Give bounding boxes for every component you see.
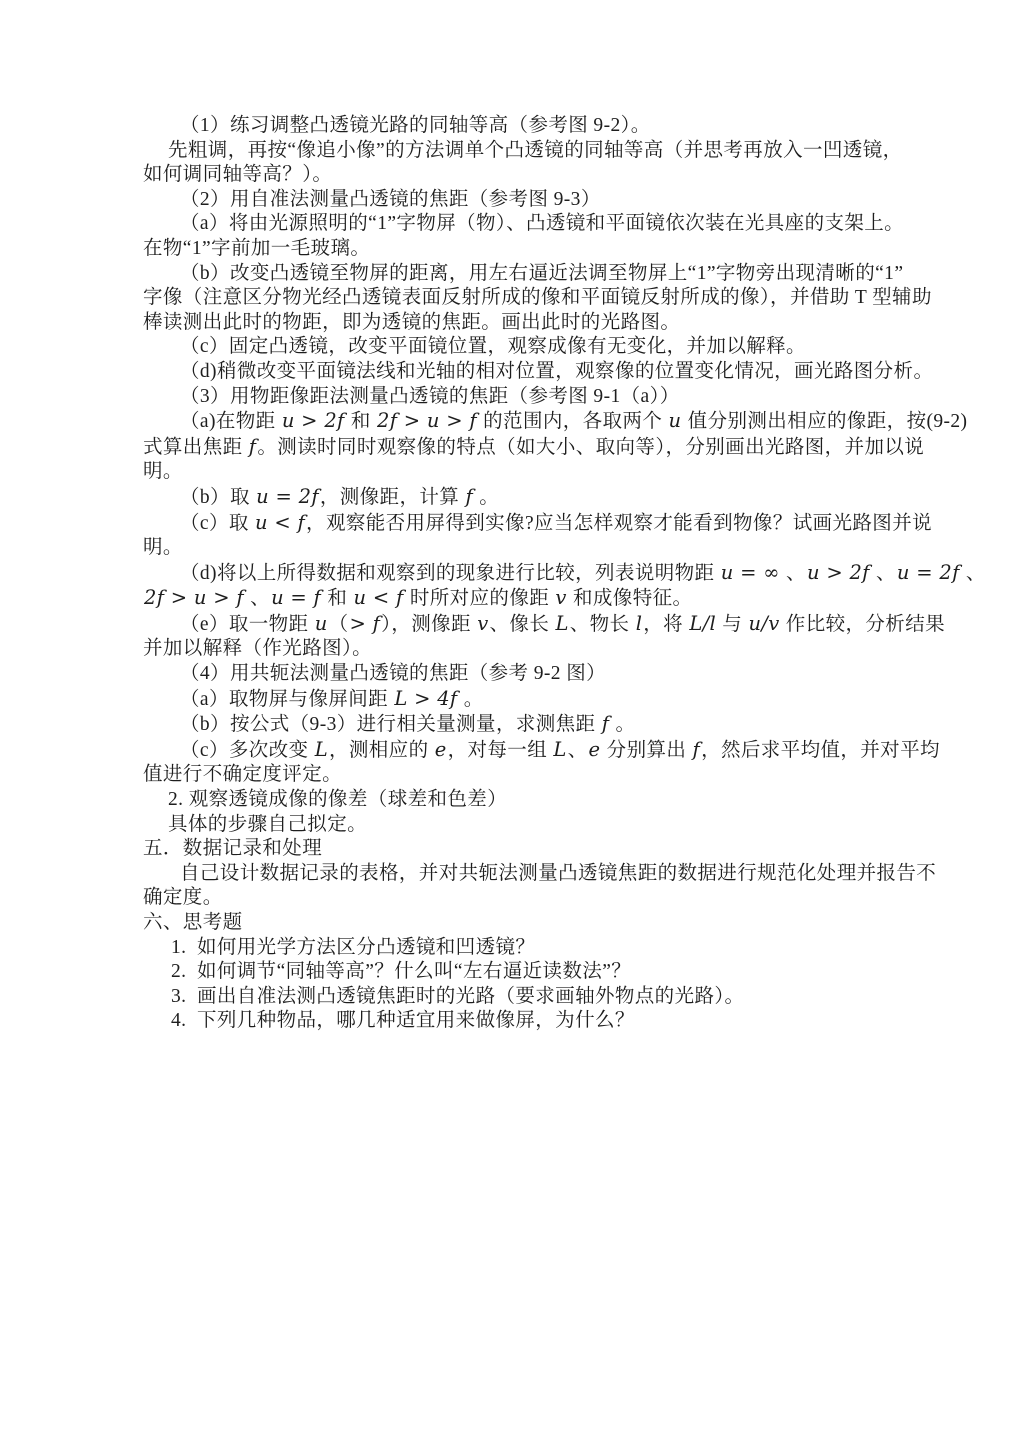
math-expression: u > 2f xyxy=(281,409,346,432)
text-line: 值进行不确定度评定。 xyxy=(143,763,888,788)
text-run: 明。 xyxy=(143,461,183,482)
text-run: （c）取 xyxy=(180,513,254,534)
text-run: （4）用共轭法测量凸透镜的焦距（参考 9-2 图） xyxy=(180,663,606,684)
math-expression: u = 2f xyxy=(896,561,961,584)
text-line: 确定度。 xyxy=(143,886,888,911)
math-expression: L xyxy=(555,612,570,635)
text-run: 2. 观察透镜成像的像差（球差和色差） xyxy=(168,789,507,810)
math-expression: f xyxy=(692,738,702,761)
text-run: （2）用自准法测量凸透镜的焦距（参考图 9-3） xyxy=(180,189,601,210)
math-expression: v xyxy=(476,612,489,635)
math-expression: u = f xyxy=(270,586,322,609)
text-run: 4. 下列几种物品，哪几种适宜用来做像屏，为什么？ xyxy=(171,1010,635,1031)
text-line: 明。 xyxy=(143,536,888,561)
math-expression: L/l xyxy=(688,612,717,635)
text-run: 作比较，分析结果 xyxy=(781,614,945,635)
text-run: 棒读测出此时的物距，即为透镜的焦距。画出此时的光路图。 xyxy=(143,312,680,333)
text-run: 在物“1”字前加一毛玻璃。 xyxy=(143,238,370,259)
text-line: （a）将由光源照明的“1”字物屏（物）、凸透镜和平面镜依次装在光具座的支架上。 xyxy=(143,212,888,237)
math-expression: u > 2f xyxy=(806,561,871,584)
text-line: （1）练习调整凸透镜光路的同轴等高（参考图 9-2）。 xyxy=(143,114,888,139)
text-run: 六、思考题 xyxy=(143,912,243,933)
text-run: （b）按公式（9-3）进行相关量测量，求测焦距 xyxy=(180,714,601,735)
text-line: 并加以解释（作光路图）。 xyxy=(143,637,888,662)
math-expression: u xyxy=(314,612,329,635)
math-expression: L xyxy=(552,738,567,761)
math-expression: 2f > u > f xyxy=(376,409,478,432)
math-expression: > f xyxy=(349,612,382,635)
text-line: 如何调同轴等高？）。 xyxy=(143,163,888,188)
math-expression: u < f xyxy=(353,586,405,609)
text-run: 2. 如何调节“同轴等高”？什么叫“左右逼近读数法”？ xyxy=(171,961,631,982)
math-expression: f xyxy=(248,435,258,458)
text-run: ，然后求平均值，并对平均 xyxy=(701,740,940,761)
text-run: 。 xyxy=(610,714,635,735)
text-run: 具体的步骤自己拟定。 xyxy=(168,814,367,835)
text-run: （d)将以上所得数据和观察到的现象进行比较，列表说明物距 xyxy=(180,563,720,584)
math-expression: L > 4f xyxy=(393,687,458,710)
text-line: 先粗调，再按“像追小像”的方法调单个凸透镜的同轴等高（并思考再放入一凹透镜， xyxy=(143,139,888,164)
text-line: （d)将以上所得数据和观察到的现象进行比较，列表说明物距 u = ∞ 、u > … xyxy=(143,561,888,587)
text-line: （c）固定凸透镜，改变平面镜位置，观察成像有无变化，并加以解释。 xyxy=(143,335,888,360)
document-page: （1）练习调整凸透镜光路的同轴等高（参考图 9-2）。先粗调，再按“像追小像”的… xyxy=(0,0,1023,1449)
text-run: 和 xyxy=(346,411,376,432)
text-run: （a）将由光源照明的“1”字物屏（物）、凸透镜和平面镜依次装在光具座的支架上。 xyxy=(180,213,904,234)
text-line: （b）按公式（9-3）进行相关量测量，求测焦距 f 。 xyxy=(143,712,888,738)
text-run: 1. 如何用光学方法区分凸透镜和凹透镜？ xyxy=(171,937,535,958)
math-expression: e xyxy=(434,738,448,761)
math-expression: u = 2f xyxy=(255,485,320,508)
text-run: 明。 xyxy=(143,537,183,558)
math-expression: f xyxy=(601,712,611,735)
text-run: 先粗调，再按“像追小像”的方法调单个凸透镜的同轴等高（并思考再放入一凹透镜， xyxy=(168,140,903,161)
text-run: 时所对应的像距 xyxy=(405,588,555,609)
text-run: （ xyxy=(329,614,349,635)
text-line: （d)稍微改变平面镜法线和光轴的相对位置，观察像的位置变化情况，画光路图分析。 xyxy=(143,360,888,385)
math-expression: L xyxy=(314,738,329,761)
text-run: 值进行不确定度评定。 xyxy=(143,764,342,785)
text-run: 式算出焦距 xyxy=(143,437,248,458)
text-run: ，观察能否用屏得到实像?应当怎样观察才能看到物像？试画光路图并说 xyxy=(306,513,932,534)
text-line: 1. 如何用光学方法区分凸透镜和凹透镜？ xyxy=(143,936,888,961)
text-run: （c）固定凸透镜，改变平面镜位置，观察成像有无变化，并加以解释。 xyxy=(180,336,806,357)
text-run: 。 xyxy=(474,487,499,508)
text-run: 和 xyxy=(322,588,352,609)
text-run: 3. 画出自准法测凸透镜焦距时的光路（要求画轴外物点的光路）。 xyxy=(171,986,744,1007)
math-expression: v xyxy=(554,586,567,609)
text-run: 如何调同轴等高？）。 xyxy=(143,164,332,185)
text-line: 2f > u > f 、u = f 和 u < f 时所对应的像距 v 和成像特… xyxy=(143,586,888,612)
text-run: （3）用物距像距法测量凸透镜的焦距（参考图 9-1（a）） xyxy=(180,386,680,407)
text-run: 、 xyxy=(871,563,896,584)
text-run: 自己设计数据记录的表格，并对共轭法测量凸透镜焦距的数据进行规范化处理并报告不 xyxy=(180,863,936,884)
math-expression: u/v xyxy=(747,612,780,635)
text-run: （a）取物屏与像屏间距 xyxy=(180,689,393,710)
text-run: 五．数据记录和处理 xyxy=(143,838,322,859)
math-expression: u = ∞ xyxy=(720,561,781,584)
text-line: 4. 下列几种物品，哪几种适宜用来做像屏，为什么？ xyxy=(143,1009,888,1034)
text-run: 值分别测出相应的像距，按(9-2) xyxy=(682,411,967,432)
text-line: （c）多次改变 L，测相应的 e，对每一组 L、e 分别算出 f，然后求平均值，… xyxy=(143,738,888,764)
text-line: （4）用共轭法测量凸透镜的焦距（参考 9-2 图） xyxy=(143,662,888,687)
text-line: （e）取一物距 u（> f），测像距 v、像长 L、物长 l，将 L/l 与 u… xyxy=(143,612,888,638)
text-run: 、 xyxy=(781,563,806,584)
text-run: 并加以解释（作光路图）。 xyxy=(143,638,372,659)
text-line: （a)在物距 u > 2f 和 2f > u > f 的范围内，各取两个 u 值… xyxy=(143,409,888,435)
text-run: 与 xyxy=(717,614,747,635)
text-run: ），测像距 xyxy=(381,614,476,635)
text-line: （2）用自准法测量凸透镜的焦距（参考图 9-3） xyxy=(143,188,888,213)
text-line: 2. 观察透镜成像的像差（球差和色差） xyxy=(143,788,888,813)
text-run: 、像长 xyxy=(490,614,555,635)
text-line: 在物“1”字前加一毛玻璃。 xyxy=(143,237,888,262)
text-line: （a）取物屏与像屏间距 L > 4f 。 xyxy=(143,687,888,713)
text-line: （c）取 u < f，观察能否用屏得到实像?应当怎样观察才能看到物像？试画光路图… xyxy=(143,511,888,537)
text-run: 、 xyxy=(568,740,588,761)
text-run: （d)稍微改变平面镜法线和光轴的相对位置，观察像的位置变化情况，画光路图分析。 xyxy=(180,361,933,382)
text-run: 、 xyxy=(245,588,270,609)
text-line: （b）改变凸透镜至物屏的距离，用左右逼近法调至物屏上“1”字物旁出现清晰的“1” xyxy=(143,262,888,287)
text-run: （b）改变凸透镜至物屏的距离，用左右逼近法调至物屏上“1”字物旁出现清晰的“1” xyxy=(180,263,903,284)
text-line: 2. 如何调节“同轴等高”？什么叫“左右逼近读数法”？ xyxy=(143,960,888,985)
text-run: 、 xyxy=(961,563,986,584)
text-run: （c）多次改变 xyxy=(180,740,314,761)
math-expression: u < f xyxy=(254,511,306,534)
text-run: （a)在物距 xyxy=(180,411,281,432)
text-run: 的范围内，各取两个 xyxy=(478,411,668,432)
text-run: ，对每一组 xyxy=(448,740,553,761)
text-run: ，将 xyxy=(643,614,688,635)
math-expression: e xyxy=(588,738,602,761)
text-line: 棒读测出此时的物距，即为透镜的焦距。画出此时的光路图。 xyxy=(143,311,888,336)
text-run: （e）取一物距 xyxy=(180,614,314,635)
text-run: ，测像距，计算 xyxy=(320,487,465,508)
math-expression: f xyxy=(464,485,474,508)
text-line: 字像（注意区分物光经凸透镜表面反射所成的像和平面镜反射所成的像），并借助 T 型… xyxy=(143,286,888,311)
text-line: 3. 画出自准法测凸透镜焦距时的光路（要求画轴外物点的光路）。 xyxy=(143,985,888,1010)
math-expression: 2f > u > f xyxy=(143,586,245,609)
text-block: （1）练习调整凸透镜光路的同轴等高（参考图 9-2）。先粗调，再按“像追小像”的… xyxy=(143,114,888,1034)
text-run: （b）取 xyxy=(180,487,255,508)
math-expression: l xyxy=(635,612,644,635)
text-run: 。测读时同时观察像的特点（如大小、取向等），分别画出光路图，并加以说 xyxy=(257,437,924,458)
text-run: （1）练习调整凸透镜光路的同轴等高（参考图 9-2）。 xyxy=(180,115,651,136)
text-line: （3）用物距像距法测量凸透镜的焦距（参考图 9-1（a）） xyxy=(143,385,888,410)
text-line: 自己设计数据记录的表格，并对共轭法测量凸透镜焦距的数据进行规范化处理并报告不 xyxy=(143,862,888,887)
math-expression: u xyxy=(668,409,683,432)
text-run: ，测相应的 xyxy=(329,740,434,761)
text-line: 六、思考题 xyxy=(143,911,888,936)
text-run: 、物长 xyxy=(570,614,635,635)
text-line: 明。 xyxy=(143,460,888,485)
text-line: 五．数据记录和处理 xyxy=(143,837,888,862)
text-run: 字像（注意区分物光经凸透镜表面反射所成的像和平面镜反射所成的像），并借助 T 型… xyxy=(143,287,932,308)
text-run: 分别算出 xyxy=(601,740,691,761)
text-line: 具体的步骤自己拟定。 xyxy=(143,813,888,838)
text-line: 式算出焦距 f。测读时同时观察像的特点（如大小、取向等），分别画出光路图，并加以… xyxy=(143,435,888,461)
text-line: （b）取 u = 2f，测像距，计算 f 。 xyxy=(143,485,888,511)
text-run: 。 xyxy=(458,689,483,710)
text-run: 和成像特征。 xyxy=(568,588,693,609)
text-run: 确定度。 xyxy=(143,887,223,908)
